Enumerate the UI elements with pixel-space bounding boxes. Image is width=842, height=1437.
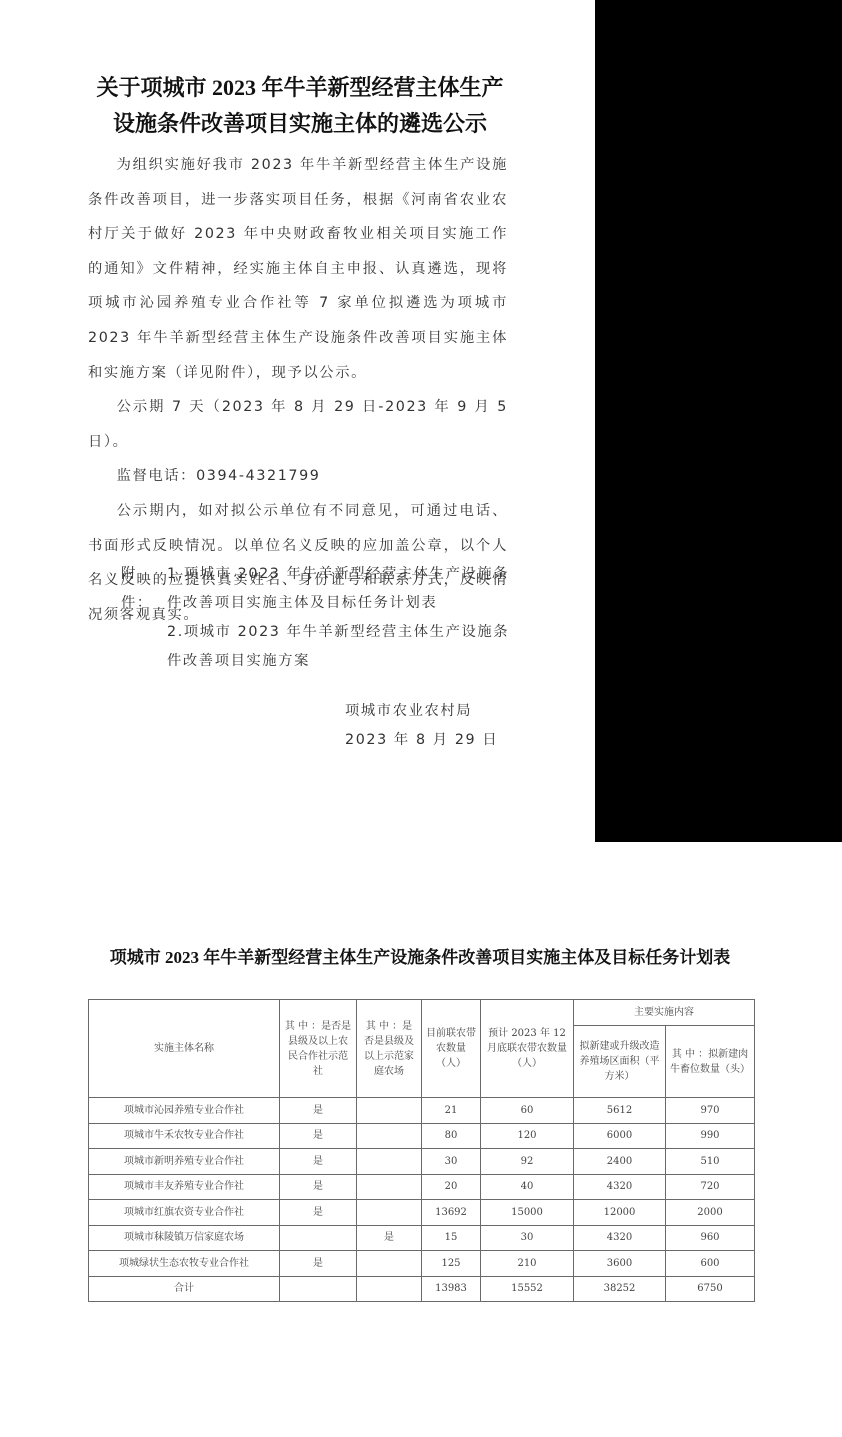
cell-expected: 60: [481, 1098, 574, 1124]
redaction-block: [595, 0, 842, 842]
paragraph-period: 公示期 7 天（2023 年 8 月 29 日-2023 年 9 月 5 日）。: [88, 390, 508, 459]
cell-name: 项城市丰友养殖专业合作社: [89, 1174, 280, 1200]
table-total-row: 合计 13983 15552 38252 6750: [89, 1276, 755, 1302]
attachments-label: 附件：: [121, 560, 167, 676]
notice-title: 关于项城市 2023 年牛羊新型经营主体生产 设施条件改善项目实施主体的遴选公示: [80, 70, 520, 142]
signer: 项城市农业农村局: [345, 697, 498, 726]
cell-farm: [357, 1251, 422, 1277]
notice-title-line-1: 关于项城市 2023 年牛羊新型经营主体生产: [80, 70, 520, 106]
cell-area: 3600: [574, 1251, 666, 1277]
cell-coop: 是: [280, 1098, 357, 1124]
cell-farm: 是: [357, 1225, 422, 1251]
table-row: 项城市秣陵镇万信家庭农场 是 15 30 4320 960: [89, 1225, 755, 1251]
cell-farm: [357, 1098, 422, 1124]
cell-coop: 是: [280, 1123, 357, 1149]
header-expected-farmers: 预计 2023 年 12 月底联农带农数量（人）: [481, 1000, 574, 1098]
cell-spaces: 600: [666, 1251, 755, 1277]
cell-current: 125: [422, 1251, 481, 1277]
cell-current: 15: [422, 1225, 481, 1251]
cell-expected: 15000: [481, 1200, 574, 1226]
table-row: 项城市新明养殖专业合作社 是 30 92 2400 510: [89, 1149, 755, 1175]
cell-expected: 30: [481, 1225, 574, 1251]
cell-coop: 是: [280, 1174, 357, 1200]
header-county-coop: 其 中 ：是否是县级及以上农民合作社示范社: [280, 1000, 357, 1098]
cell-spaces: 990: [666, 1123, 755, 1149]
cell-coop: [280, 1276, 357, 1302]
sign-date: 2023 年 8 月 29 日: [345, 726, 498, 755]
cell-coop: [280, 1225, 357, 1251]
cell-current: 21: [422, 1098, 481, 1124]
cell-spaces: 720: [666, 1174, 755, 1200]
cell-area: 6000: [574, 1123, 666, 1149]
cell-area: 2400: [574, 1149, 666, 1175]
cell-spaces: 2000: [666, 1200, 755, 1226]
cell-coop: 是: [280, 1149, 357, 1175]
cell-coop: 是: [280, 1200, 357, 1226]
table-title: 项城市 2023 年牛羊新型经营主体生产设施条件改善项目实施主体及目标任务计划表: [80, 943, 760, 968]
cell-current: 13692: [422, 1200, 481, 1226]
header-area: 拟新建或升级改造养殖场区面积（平方米）: [574, 1026, 666, 1098]
cell-area: 5612: [574, 1098, 666, 1124]
cell-area: 4320: [574, 1225, 666, 1251]
header-name: 实施主体名称: [89, 1000, 280, 1098]
cell-expected: 120: [481, 1123, 574, 1149]
cell-current: 30: [422, 1149, 481, 1175]
attachment-1: 1.项城市 2023 年牛羊新型经营主体生产设施条件改善项目实施主体及目标任务计…: [167, 560, 521, 618]
cell-area: 4320: [574, 1174, 666, 1200]
cell-total-label: 合计: [89, 1276, 280, 1302]
cell-area: 38252: [574, 1276, 666, 1302]
cell-expected: 40: [481, 1174, 574, 1200]
header-county-farm: 其 中 ：是否是县级及以上示范家庭农场: [357, 1000, 422, 1098]
cell-name: 项城市沁园养殖专业合作社: [89, 1098, 280, 1124]
table-row: 项城市红旗农资专业合作社 是 13692 15000 12000 2000: [89, 1200, 755, 1226]
cell-expected: 92: [481, 1149, 574, 1175]
plan-table: 实施主体名称 其 中 ：是否是县级及以上农民合作社示范社 其 中 ：是否是县级及…: [88, 999, 755, 1302]
cell-spaces: 6750: [666, 1276, 755, 1302]
cell-name: 项城市新明养殖专业合作社: [89, 1149, 280, 1175]
cell-name: 项城市秣陵镇万信家庭农场: [89, 1225, 280, 1251]
header-current-farmers: 目前联农带农数量（人）: [422, 1000, 481, 1098]
table-row: 项城市丰友养殖专业合作社 是 20 40 4320 720: [89, 1174, 755, 1200]
cell-spaces: 510: [666, 1149, 755, 1175]
header-main-content: 主要实施内容: [574, 1000, 755, 1026]
cell-current: 80: [422, 1123, 481, 1149]
cell-expected: 15552: [481, 1276, 574, 1302]
cell-current: 20: [422, 1174, 481, 1200]
cell-farm: [357, 1174, 422, 1200]
cell-farm: [357, 1276, 422, 1302]
paragraph-phone: 监督电话：0394-4321799: [88, 459, 508, 494]
cell-name: 项城绿状生态农牧专业合作社: [89, 1251, 280, 1277]
notice-title-line-2: 设施条件改善项目实施主体的遴选公示: [80, 106, 520, 142]
cell-spaces: 960: [666, 1225, 755, 1251]
attachments: 附件： 1.项城市 2023 年牛羊新型经营主体生产设施条件改善项目实施主体及目…: [121, 560, 521, 676]
cell-farm: [357, 1200, 422, 1226]
signature-block: 项城市农业农村局 2023 年 8 月 29 日: [345, 697, 498, 755]
notice-page: 关于项城市 2023 年牛羊新型经营主体生产 设施条件改善项目实施主体的遴选公示…: [0, 0, 842, 842]
cell-area: 12000: [574, 1200, 666, 1226]
attachment-2: 2.项城市 2023 年牛羊新型经营主体生产设施条件改善项目实施方案: [167, 618, 521, 676]
cell-coop: 是: [280, 1251, 357, 1277]
cell-name: 项城市牛禾农牧专业合作社: [89, 1123, 280, 1149]
cell-name: 项城市红旗农资专业合作社: [89, 1200, 280, 1226]
paragraph-intro: 为组织实施好我市 2023 年牛羊新型经营主体生产设施条件改善项目，进一步落实项…: [88, 148, 508, 390]
cell-farm: [357, 1149, 422, 1175]
table-row: 项城市牛禾农牧专业合作社 是 80 120 6000 990: [89, 1123, 755, 1149]
cell-current: 13983: [422, 1276, 481, 1302]
cell-farm: [357, 1123, 422, 1149]
header-cattle-spaces: 其 中 ：拟新建肉牛畜位数量（头）: [666, 1026, 755, 1098]
table-row: 项城市沁园养殖专业合作社 是 21 60 5612 970: [89, 1098, 755, 1124]
cell-expected: 210: [481, 1251, 574, 1277]
table-row: 项城绿状生态农牧专业合作社 是 125 210 3600 600: [89, 1251, 755, 1277]
cell-spaces: 970: [666, 1098, 755, 1124]
